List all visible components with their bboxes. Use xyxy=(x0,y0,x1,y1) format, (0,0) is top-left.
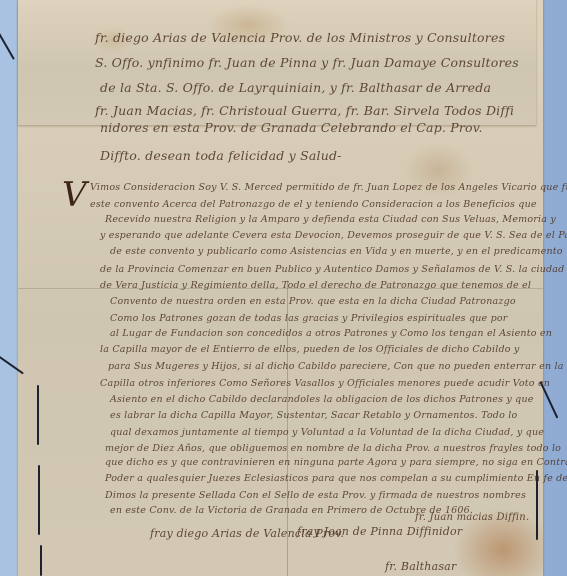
body-line: de Vera Justicia y Regimiento della, Tod… xyxy=(100,280,531,291)
body-line: y esperando que adelante Cevera esta Dev… xyxy=(100,230,567,241)
header-line: Diffto. desean toda felicidad y Salud- xyxy=(100,148,342,163)
header-line: S. Offo. ynfinimo fr. Juan de Pinna y fr… xyxy=(95,55,519,70)
body-line: Convento de nuestra orden en esta Prov. … xyxy=(110,296,516,307)
body-line: Recevido nuestra Religion y la Amparo y … xyxy=(105,214,556,225)
body-line: de la Provincia Comenzar en buen Publico… xyxy=(100,264,564,275)
signature: fr. Juan macias Diffin. xyxy=(415,512,529,523)
body-line: de este convento y publicarlo como Asist… xyxy=(110,246,563,257)
body-line: este convento Acerca del Patronazgo de e… xyxy=(90,199,537,210)
body-line: para Sus Mugeres y Hijos, si al dicho Ca… xyxy=(108,361,567,372)
header-line: nidores en esta Prov. de Granada Celebra… xyxy=(100,120,483,135)
header-line: fr. diego Arias de Valencia Prov. de los… xyxy=(95,30,505,45)
body-line: Vimos Consideracion Soy V. S. Merced per… xyxy=(90,182,567,193)
body-line: Capilla otros inferiores Como Señores Va… xyxy=(100,378,550,389)
binding-thread xyxy=(38,465,40,535)
signature: fr. Balthasar xyxy=(385,560,456,573)
body-line: al Lugar de Fundacion son concedidos a o… xyxy=(110,328,552,339)
body-line: es labrar la dicha Capilla Mayor, Susten… xyxy=(110,410,517,421)
body-line: Poder a qualesquier Juezes Eclesiasticos… xyxy=(105,473,567,484)
binding-thread xyxy=(40,545,42,576)
body-line: la Capilla mayor de el Entierro de ellos… xyxy=(100,344,519,355)
body-line: mejor de Diez Años, que obliguemos en no… xyxy=(105,443,561,454)
body-line: Asiento en el dicho Cabildo declarandole… xyxy=(110,394,534,405)
body-line: Dimos la presente Sellada Con el Sello d… xyxy=(105,490,526,501)
body-line: Como los Patrones gozan de todas las gra… xyxy=(110,313,508,324)
body-line: que dicho es y que contravinieren en nin… xyxy=(105,457,567,468)
header-line: de la Sta. S. Offo. de Layrquiniain, y f… xyxy=(100,80,491,95)
decorated-initial: V xyxy=(62,175,87,215)
signature: fray Joan de Pinna Diffinidor xyxy=(297,525,462,538)
body-line: qual dexamos juntamente al tiempo y Volu… xyxy=(110,427,544,438)
header-line: fr. Juan Macias, fr. Christoual Guerra, … xyxy=(95,103,514,118)
binding-thread xyxy=(37,385,39,445)
